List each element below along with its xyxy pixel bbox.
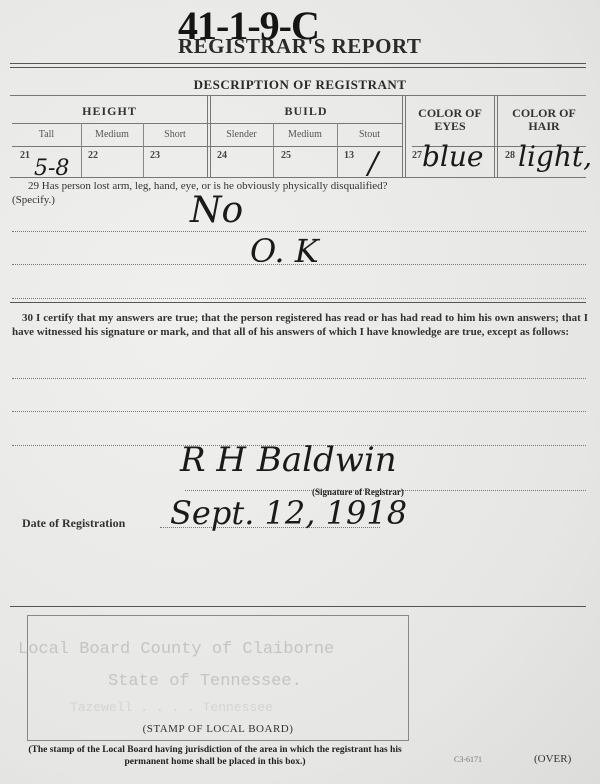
answer-line: [12, 298, 586, 299]
form-title: REGISTRAR'S REPORT: [178, 34, 421, 59]
stamp-line: Local Board County of Claiborne: [18, 640, 334, 659]
col-stout: Stout: [337, 129, 402, 140]
stamp-line: State of Tennessee.: [108, 672, 302, 691]
registrar-signature: R H Baldwin: [180, 440, 397, 480]
height-header: HEIGHT: [12, 104, 207, 119]
field-number: 28: [505, 150, 515, 161]
eye-color-value: blue: [422, 140, 483, 173]
answer-line: [12, 231, 586, 232]
field-number: 13: [344, 150, 354, 161]
section-title: DESCRIPTION OF REGISTRANT: [0, 77, 600, 93]
col-medium-height: Medium: [81, 129, 143, 140]
divider: [10, 302, 586, 303]
form-code: C3-6171: [454, 755, 482, 764]
col-tall: Tall: [12, 129, 81, 140]
over-label: (OVER): [534, 753, 571, 765]
question-number: 29: [28, 180, 39, 192]
answer-line: [12, 411, 586, 412]
field-number: 24: [217, 150, 227, 161]
disqualification-answer: No: [190, 190, 243, 231]
col-medium-build: Medium: [273, 129, 337, 140]
question-30: 30 I certify that my answers are true; t…: [12, 311, 588, 339]
field-number: 22: [88, 150, 98, 161]
answer-line: [12, 264, 586, 265]
question-text: I certify that my answers are true; that…: [12, 312, 588, 338]
hair-color-value: light,: [518, 140, 592, 173]
stamp-instruction: (The stamp of the Local Board having jur…: [20, 744, 410, 768]
divider: [10, 63, 586, 64]
field-number: 21: [20, 150, 30, 161]
specify-label: (Specify.): [12, 194, 55, 206]
stamp-line: Tazewell . . . . Tennessee: [70, 700, 273, 715]
field-number: 27: [412, 150, 422, 161]
stamp-caption: (STAMP OF LOCAL BOARD): [27, 723, 409, 735]
table-border: [10, 177, 586, 178]
field-number: 25: [281, 150, 291, 161]
question-number: 30: [22, 312, 33, 324]
col-slender: Slender: [210, 129, 273, 140]
field-number: 23: [150, 150, 160, 161]
answer-line: [12, 378, 586, 379]
hair-header: COLOR OF HAIR: [498, 107, 590, 133]
col-short: Short: [143, 129, 207, 140]
date-label: Date of Registration: [22, 516, 125, 531]
table-border: [10, 95, 586, 96]
height-value: 5-8: [34, 156, 69, 181]
build-value: /: [368, 146, 378, 181]
registration-date-value: Sept. 12, 1918: [170, 494, 407, 532]
divider: [10, 67, 586, 68]
build-header: BUILD: [210, 104, 402, 119]
divider: [10, 606, 586, 607]
eyes-header: COLOR OF EYES: [406, 107, 494, 133]
